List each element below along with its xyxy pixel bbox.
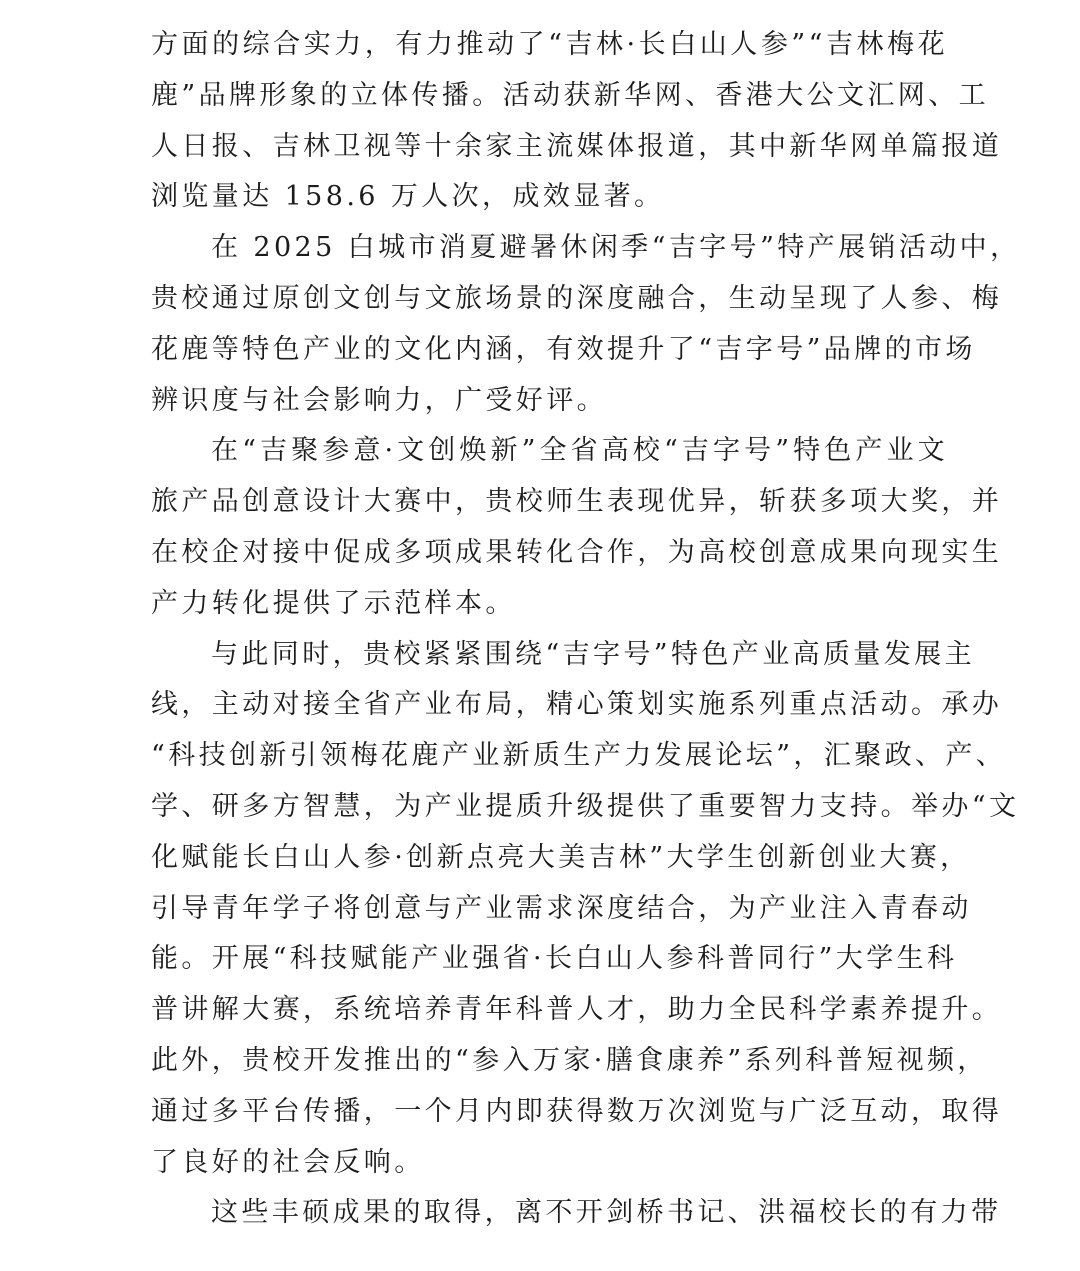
text-line: 贵校通过原创文创与文旅场景的深度融合，生动呈现了人参、梅 [151,274,948,325]
paragraph-4: 与此同时，贵校紧紧围绕“吉字号”特色产业高质量发展主 线，主动对接全省产业布局，… [151,630,951,1189]
text-line: 与此同时，贵校紧紧围绕“吉字号”特色产业高质量发展主 [151,630,948,681]
text-line: 浏览量达 158.6 万人次，成效显著。 [151,172,948,223]
text-line: 这些丰硕成果的取得，离不开剑桥书记、洪福校长的有力带 [151,1188,948,1239]
text-line: 线，主动对接全省产业布局，精心策划实施系列重点活动。承办 [151,680,948,731]
text-line: 化赋能长白山人参·创新点亮大美吉林”大学生创新创业大赛， [151,833,948,884]
document-page: 方面的综合实力，有力推动了“吉林·长白山人参”“吉林梅花 鹿”品牌形象的立体传播… [151,20,951,1239]
text-line: 辨识度与社会影响力，广受好评。 [151,376,948,427]
text-line: 旅产品创意设计大赛中，贵校师生表现优异，斩获多项大奖，并 [151,477,948,528]
text-line: 产力转化提供了示范样本。 [151,579,948,630]
text-line: 人日报、吉林卫视等十余家主流媒体报道，其中新华网单篇报道 [151,122,948,173]
paragraph-2: 在 2025 白城市消夏避暑休闲季“吉字号”特产展销活动中， 贵校通过原创文创与… [151,223,951,426]
text-line: “科技创新引领梅花鹿产业新质生产力发展论坛”，汇聚政、产、 [151,731,948,782]
text-line: 引导青年学子将创意与产业需求深度结合，为产业注入青春动 [151,884,948,935]
text-line: 学、研多方智慧，为产业提质升级提供了重要智力支持。举办“文 [151,782,948,833]
text-line: 在“吉聚参意·文创焕新”全省高校“吉字号”特色产业文 [151,426,948,477]
text-line: 能。开展“科技赋能产业强省·长白山人参科普同行”大学生科 [151,934,948,985]
text-line: 普讲解大赛，系统培养青年科普人才，助力全民科学素养提升。 [151,985,948,1036]
text-line: 在校企对接中促成多项成果转化合作，为高校创意成果向现实生 [151,528,948,579]
text-line: 通过多平台传播，一个月内即获得数万次浏览与广泛互动，取得 [151,1087,948,1138]
text-line: 此外，贵校开发推出的“参入万家·膳食康养”系列科普短视频， [151,1036,948,1087]
text-line: 方面的综合实力，有力推动了“吉林·长白山人参”“吉林梅花 [151,20,948,71]
text-line: 鹿”品牌形象的立体传播。活动获新华网、香港大公文汇网、工 [151,71,948,122]
paragraph-3: 在“吉聚参意·文创焕新”全省高校“吉字号”特色产业文 旅产品创意设计大赛中，贵校… [151,426,951,629]
text-line: 花鹿等特色产业的文化内涵，有效提升了“吉字号”品牌的市场 [151,325,948,376]
text-line: 了良好的社会反响。 [151,1138,948,1189]
paragraph-1: 方面的综合实力，有力推动了“吉林·长白山人参”“吉林梅花 鹿”品牌形象的立体传播… [151,20,951,223]
paragraph-5: 这些丰硕成果的取得，离不开剑桥书记、洪福校长的有力带 [151,1188,951,1239]
text-line: 在 2025 白城市消夏避暑休闲季“吉字号”特产展销活动中， [151,223,948,274]
